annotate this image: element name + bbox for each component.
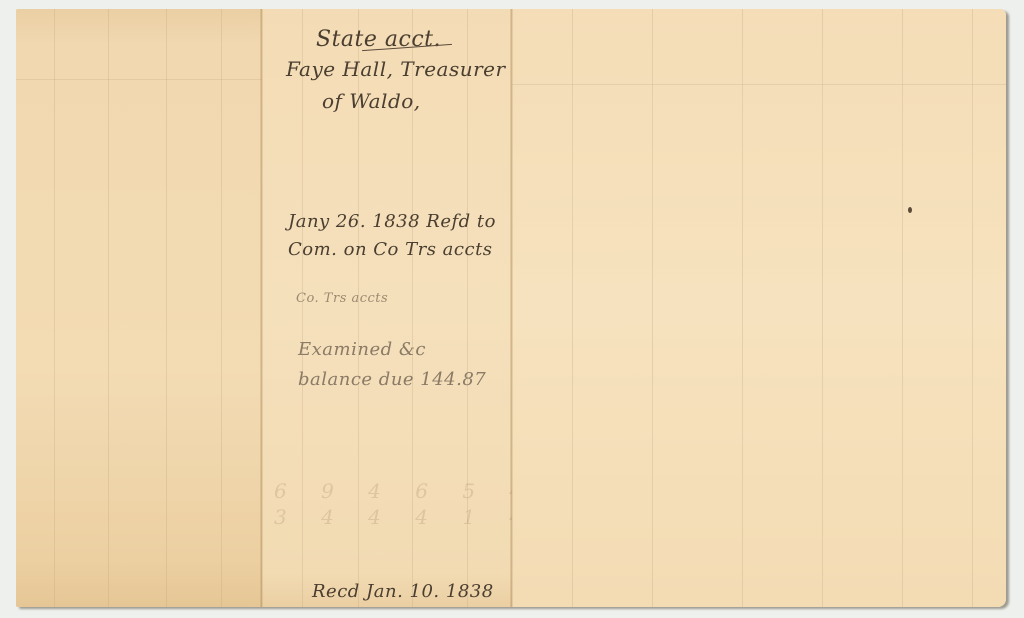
fold-line-right [510, 9, 513, 607]
examined-note: Examined &c [298, 339, 426, 360]
docket-county-line: of Waldo, [322, 89, 421, 113]
received-date: Recd Jan. 10. 1838 [312, 581, 494, 602]
right-panel [512, 9, 1006, 607]
docket-name-line: Faye Hall, Treasurer [286, 57, 506, 81]
referral-line-2: Com. on Co Trs accts [288, 239, 493, 260]
faint-note: Co. Trs accts [296, 291, 388, 306]
left-panel [16, 9, 262, 607]
balance-note: balance due 144.87 [298, 369, 486, 390]
referral-line-1: Jany 26. 1838 Refd to [288, 211, 496, 232]
fold-line-left [260, 9, 263, 607]
docket-panel: State acct. Faye Hall, Treasurer of Wald… [262, 9, 512, 607]
ink-spot [908, 207, 912, 213]
document-sheet: State acct. Faye Hall, Treasurer of Wald… [16, 9, 1006, 607]
